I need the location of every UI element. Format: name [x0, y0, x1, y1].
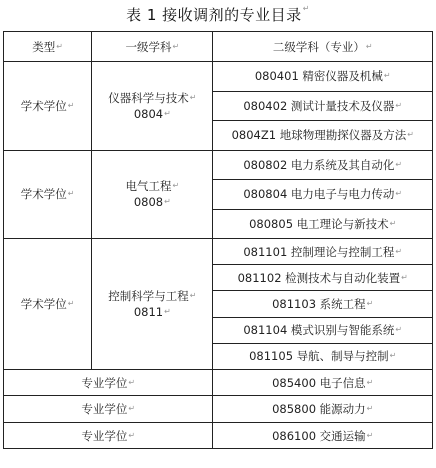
paragraph-mark-icon: ↵	[68, 101, 75, 110]
paragraph-mark-icon: ↵	[395, 325, 402, 334]
paragraph-mark-icon: ↵	[56, 42, 63, 51]
paragraph-mark-icon: ↵	[395, 189, 402, 198]
paragraph-mark-icon: ↵	[128, 378, 135, 387]
header-discipline: 一级学科↵	[92, 32, 213, 62]
discipline-cell: 控制科学与工程↵0811↵	[92, 239, 213, 370]
paragraph-mark-icon: ↵	[164, 109, 171, 118]
paragraph-mark-icon: ↵	[190, 291, 197, 300]
discipline-cell: 仪器科学与技术↵0804↵	[92, 62, 213, 151]
table-row: 学术学位↵ 仪器科学与技术↵0804↵ 080401 精密仪器及机械↵	[4, 62, 433, 92]
paragraph-mark-icon: ↵	[395, 160, 402, 169]
table-caption: 表 1 接收调剂的专业目录↵	[0, 4, 436, 25]
paragraph-mark-icon: ↵	[407, 130, 414, 139]
type-cell: 专业学位↵	[4, 369, 213, 396]
paragraph-mark-icon: ↵	[68, 299, 75, 308]
table-row: 专业学位↵ 085800 能源动力↵	[4, 396, 433, 423]
discipline-cell: 电气工程↵0808↵	[92, 150, 213, 239]
paragraph-mark-icon: ↵	[303, 4, 310, 13]
paragraph-mark-icon: ↵	[164, 307, 171, 316]
type-cell: 学术学位↵	[4, 239, 92, 370]
major-cell: 081102 检测技术与自动化装置↵	[213, 265, 433, 291]
type-cell: 学术学位↵	[4, 62, 92, 151]
major-catalog-table: 类型↵ 一级学科↵ 二级学科（专业）↵ 学术学位↵ 仪器科学与技术↵0804↵ …	[3, 31, 433, 449]
paragraph-mark-icon: ↵	[366, 42, 373, 51]
paragraph-mark-icon: ↵	[390, 351, 397, 360]
major-cell: 080805 电工理论与新技术↵	[213, 209, 433, 239]
major-cell: 085400 电子信息↵	[213, 369, 433, 396]
header-type: 类型↵	[4, 32, 92, 62]
paragraph-mark-icon: ↵	[390, 219, 397, 228]
type-cell: 学术学位↵	[4, 150, 92, 239]
paragraph-mark-icon: ↵	[128, 404, 135, 413]
paragraph-mark-icon: ↵	[367, 431, 374, 440]
major-cell: 085800 能源动力↵	[213, 396, 433, 423]
major-cell: 080802 电力系统及其自动化↵	[213, 150, 433, 180]
major-cell: 081104 模式识别与智能系统↵	[213, 317, 433, 343]
type-cell: 专业学位↵	[4, 396, 213, 423]
paragraph-mark-icon: ↵	[395, 101, 402, 110]
major-cell: 086100 交通运输↵	[213, 422, 433, 449]
major-cell: 080804 电力电子与电力传动↵	[213, 180, 433, 210]
table-row: 专业学位↵ 085400 电子信息↵	[4, 369, 433, 396]
paragraph-mark-icon: ↵	[395, 247, 402, 256]
paragraph-mark-icon: ↵	[190, 93, 197, 102]
paragraph-mark-icon: ↵	[401, 273, 408, 282]
major-cell: 080402 测试计量技术及仪器↵	[213, 91, 433, 121]
paragraph-mark-icon: ↵	[367, 299, 374, 308]
paragraph-mark-icon: ↵	[68, 189, 75, 198]
table-row: 学术学位↵ 电气工程↵0808↵ 080802 电力系统及其自动化↵	[4, 150, 433, 180]
paragraph-mark-icon: ↵	[384, 71, 391, 80]
paragraph-mark-icon: ↵	[172, 181, 179, 190]
major-cell: 081103 系统工程↵	[213, 291, 433, 317]
major-cell: 081101 控制理论与控制工程↵	[213, 239, 433, 265]
table-row: 学术学位↵ 控制科学与工程↵0811↵ 081101 控制理论与控制工程↵	[4, 239, 433, 265]
table-row: 专业学位↵ 086100 交通运输↵	[4, 422, 433, 449]
paragraph-mark-icon: ↵	[367, 404, 374, 413]
paragraph-mark-icon: ↵	[164, 197, 171, 206]
type-cell: 专业学位↵	[4, 422, 213, 449]
header-row: 类型↵ 一级学科↵ 二级学科（专业）↵	[4, 32, 433, 62]
paragraph-mark-icon: ↵	[128, 431, 135, 440]
header-major: 二级学科（专业）↵	[213, 32, 433, 62]
major-cell: 0804Z1 地球物理勘探仪器及方法↵	[213, 121, 433, 151]
paragraph-mark-icon: ↵	[172, 42, 179, 51]
major-cell: 081105 导航、制导与控制↵	[213, 343, 433, 369]
paragraph-mark-icon: ↵	[367, 378, 374, 387]
caption-text: 表 1 接收调剂的专业目录	[126, 6, 302, 24]
major-cell: 080401 精密仪器及机械↵	[213, 62, 433, 92]
